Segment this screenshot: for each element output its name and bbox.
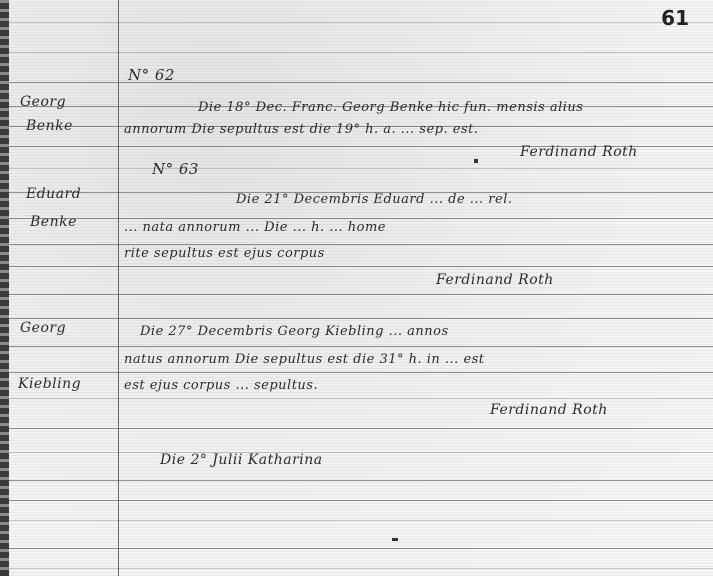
rule-line [9,22,713,23]
entry-text-line: Die 27° Decembris Georg Kiebling ... ann… [140,324,449,339]
rule-line [9,52,713,53]
register-page: 61 N° 62 Georg Benke Die 18° Dec. Franc.… [0,0,713,576]
rule-line [9,398,713,399]
entry-text-line: natus annorum Die sepultus est die 31° h… [124,352,485,367]
rule-line [9,318,713,319]
entry-text-line: est ejus corpus ... sepultus. [124,378,318,393]
margin-name-surname: Benke [26,118,73,134]
scan-speck [474,159,478,163]
rule-line [9,500,713,501]
page-binding-edge [0,0,9,576]
entry-number: N° 62 [128,66,175,84]
margin-name-surname: Benke [30,214,77,230]
rule-line [9,244,713,245]
entry-number: N° 63 [152,160,199,178]
rule-line [9,568,713,569]
margin-name-surname: Kiebling [18,376,81,392]
rule-line [9,266,713,267]
margin-column-divider [118,0,119,576]
signature: Ferdinand Roth [520,144,638,160]
rule-line [9,168,713,169]
rule-line [9,452,713,453]
entry-text-line: Die 18° Dec. Franc. Georg Benke hic fun.… [198,100,583,115]
entry-text-line: Die 2° Julii Katharina [160,452,323,468]
scan-speck [392,538,398,541]
margin-name-first: Georg [20,320,66,336]
rule-line [9,218,713,219]
entry-text-line: ... nata annorum ... Die ... h. ... home [124,220,386,235]
rule-line [9,520,713,521]
signature: Ferdinand Roth [436,272,554,288]
rule-line [9,82,713,83]
margin-name-first: Georg [20,94,66,110]
signature: Ferdinand Roth [490,402,608,418]
entry-text-line: annorum Die sepultus est die 19° h. a. .… [124,122,478,137]
rule-line [9,548,713,549]
entry-text-line: rite sepultus est ejus corpus [124,246,325,261]
rule-line [9,480,713,481]
margin-name-first: Eduard [26,186,81,202]
rule-line [9,294,713,295]
rule-line [9,346,713,347]
rule-line [9,428,713,429]
rule-line [9,372,713,373]
entry-text-line: Die 21° Decembris Eduard ... de ... rel. [236,192,513,207]
page-number: 61 [661,6,689,30]
